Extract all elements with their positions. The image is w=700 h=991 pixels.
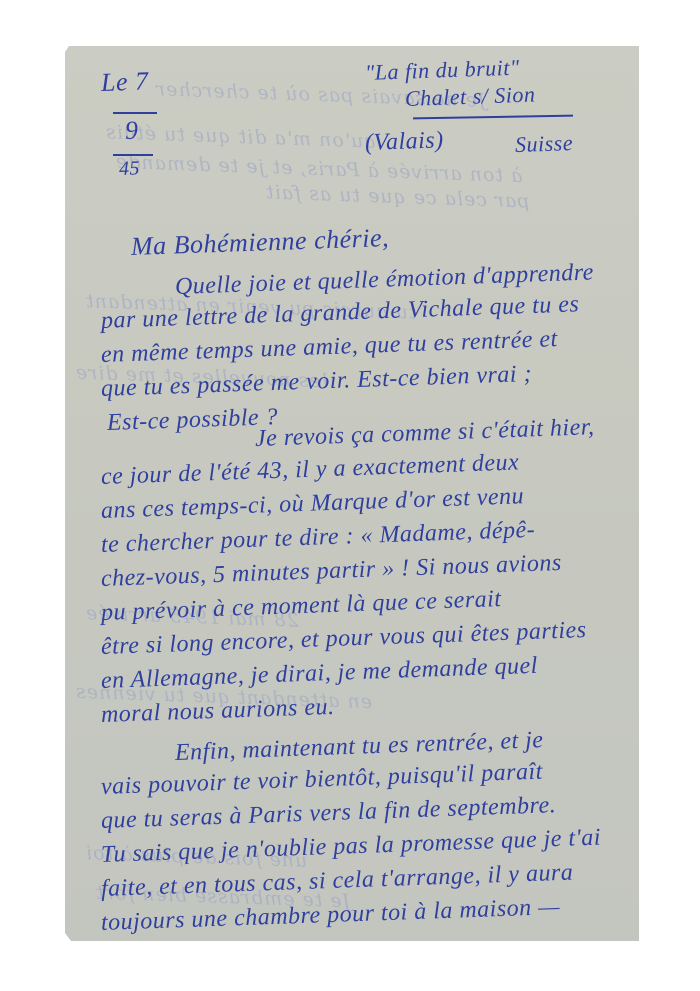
date-divider xyxy=(113,154,153,156)
address-line-3: (Valais) xyxy=(365,127,445,157)
letter-line: Est-ce possible ? xyxy=(107,404,279,437)
bleed-through-text: qu'on m'a dit que tu étais xyxy=(105,121,377,152)
letter-line: Je revois ça comme si c'était hier, xyxy=(255,414,595,453)
address-line-4: Suisse xyxy=(515,130,574,158)
date-divider xyxy=(113,112,157,114)
date-year: 45 xyxy=(119,157,141,181)
date-day: Le 7 xyxy=(100,66,149,98)
bleed-through-text: par cela ce que tu as fait xyxy=(265,181,530,212)
letter-paper: Je ne savais pas où te chercher qu'on m'… xyxy=(65,46,639,941)
letter-line: pu prévoir à ce moment là que ce serait xyxy=(101,586,502,627)
bleed-through-text: à ton arrivée à Paris, et je te demande xyxy=(115,151,523,187)
salutation: Ma Bohémienne chérie, xyxy=(130,223,389,262)
address-underline xyxy=(413,115,573,120)
address-line-1: "La fin du bruit" xyxy=(365,55,521,86)
date-month: 9 xyxy=(124,116,139,146)
address-line-2: Chalet s/ Sion xyxy=(405,81,536,112)
